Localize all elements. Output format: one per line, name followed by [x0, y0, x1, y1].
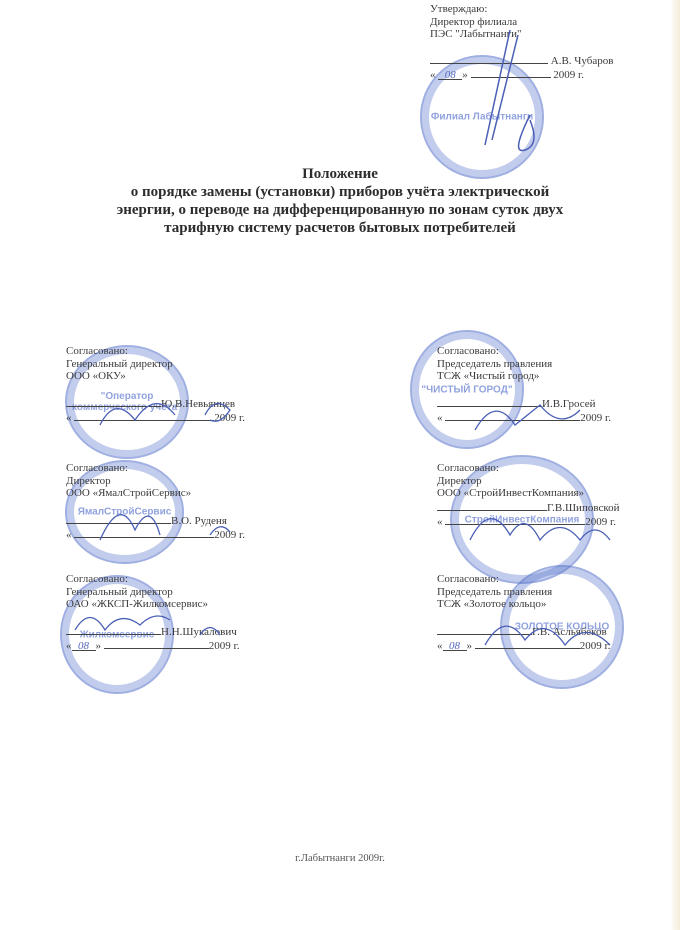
title-line-2: о порядке замены (установки) приборов уч… [0, 183, 680, 201]
document-title: Положение о порядке замены (установки) п… [0, 165, 680, 237]
agreement-label: Согласовано: [66, 345, 266, 358]
agreement-label: Согласовано: [437, 462, 637, 475]
agreement-year: 2009 г. [580, 412, 611, 424]
agreement-position: Председатель правления [437, 586, 637, 599]
agreement-position: Генеральный директор [66, 586, 266, 599]
title-line-4: тарифную систему расчетов бытовых потреб… [0, 219, 680, 237]
agreement-signer: Н.Н.Шукалович [161, 626, 237, 638]
date-day: 08 [438, 69, 462, 80]
approval-label: Утверждаю: [430, 3, 610, 16]
date-open-quote: « [66, 529, 72, 541]
agreement-org: ООО «ОКУ» [66, 370, 266, 383]
title-line-1: Положение [0, 165, 680, 183]
approval-year: 2009 г. [553, 69, 584, 81]
agreement-oku: Согласовано: Генеральный директор ООО «О… [66, 345, 266, 425]
agreement-zhilkomservis: Согласовано: Генеральный директор ОАО «Ж… [66, 573, 266, 653]
date-close-quote: » [467, 640, 473, 652]
agreement-label: Согласовано: [66, 462, 266, 475]
agreement-org: ООО «ЯмалСтройСервис» [66, 487, 266, 500]
date-open-quote: « [66, 412, 72, 424]
agreement-chisty-gorod: Согласовано: Председатель правления ТСЖ … [437, 345, 632, 425]
agreement-signer: И.В.Гросей [542, 398, 596, 410]
date-open-quote: « [430, 69, 436, 81]
agreement-org: ОАО «ЖКСП-Жилкомсервис» [66, 598, 266, 611]
agreement-label: Согласовано: [437, 345, 632, 358]
date-open-quote: « [437, 516, 443, 528]
agreement-position: Генеральный директор [66, 358, 266, 371]
approval-block: Утверждаю: Директор филиала ПЭС "Лабытна… [430, 3, 610, 82]
agreement-position: Директор [66, 475, 266, 488]
date-close-quote: » [96, 640, 102, 652]
agreement-signer: В.О. Руденя [171, 515, 227, 527]
agreement-stroyinvest: Согласовано: Директор ООО «СтройИнвестКо… [437, 462, 637, 529]
agreement-label: Согласовано: [437, 573, 637, 586]
date-open-quote: « [437, 412, 443, 424]
title-line-3: энергии, о переводе на дифференцированну… [0, 201, 680, 219]
document-footer: г.Лабытнанги 2009г. [0, 853, 680, 864]
approval-signer: А.В. Чубаров [551, 55, 614, 67]
approval-date-line: « 08» 2009 г. [430, 67, 610, 82]
agreement-zolotoe-koltso: Согласовано: Председатель правления ТСЖ … [437, 573, 637, 653]
agreement-year: 2009 г. [580, 640, 611, 652]
agreement-signer: Г.В.Шиповской [547, 502, 620, 514]
paper-edge [670, 0, 680, 930]
agreement-signer: Ю.В.Невьянцев [161, 398, 235, 410]
date-day: 08 [443, 640, 467, 651]
agreement-signer: Г.В. Асльябеков [532, 626, 607, 638]
agreement-label: Согласовано: [66, 573, 266, 586]
agreement-year: 2009 г. [214, 412, 245, 424]
agreement-org: ТСЖ «Золотое кольцо» [437, 598, 637, 611]
agreement-yamalstroyservis: Согласовано: Директор ООО «ЯмалСтройСерв… [66, 462, 266, 542]
stamp-text: Филиал Лабытнанги [422, 112, 542, 123]
date-day: 08 [72, 640, 96, 651]
approval-org: ПЭС "Лабытнанги" [430, 28, 610, 41]
approval-signature-line: А.В. Чубаров [430, 53, 610, 68]
agreement-year: 2009 г. [585, 516, 616, 528]
agreement-position: Директор [437, 475, 637, 488]
agreement-year: 2009 г. [209, 640, 240, 652]
date-close-quote: » [462, 69, 468, 81]
agreement-org: ТСЖ «Чистый город» [437, 370, 632, 383]
agreement-year: 2009 г. [214, 529, 245, 541]
agreement-org: ООО «СтройИнвестКомпания» [437, 487, 637, 500]
agreement-position: Председатель правления [437, 358, 632, 371]
approval-position: Директор филиала [430, 16, 610, 29]
